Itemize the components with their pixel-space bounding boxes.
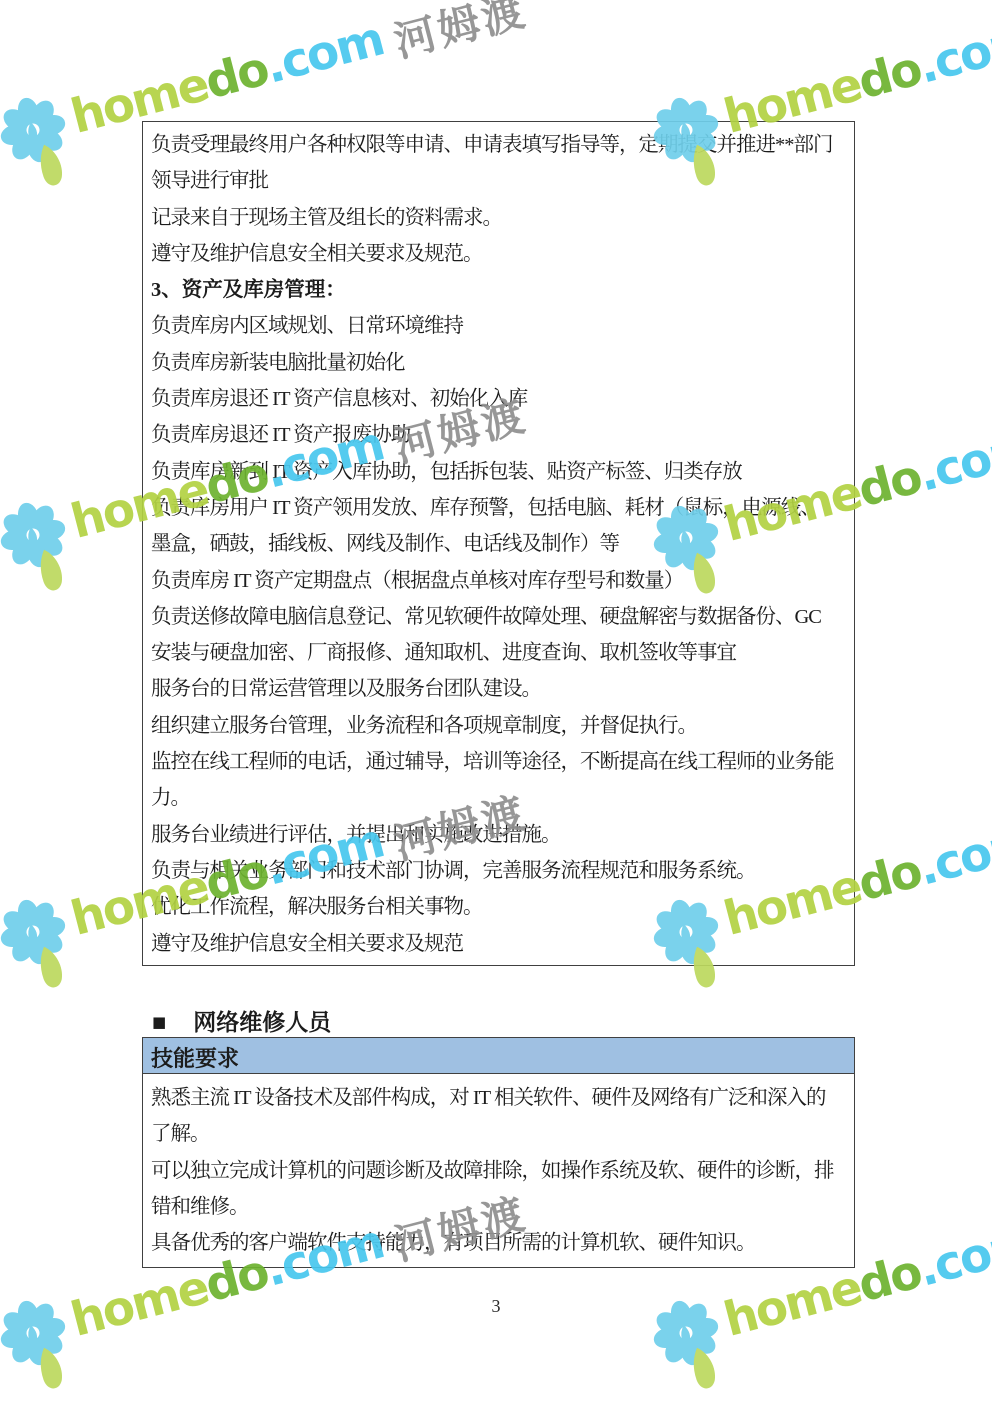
- table-row: 负责受理最终用户各种权限等申请、申请表填写指导等，定期提交并推进**部门: [151, 127, 846, 163]
- table-row: 负责库房退还 IT 资产信息核对、初始化入库: [151, 381, 846, 417]
- table-row-text: 遵守及维护信息安全相关要求及规范: [151, 933, 463, 955]
- table-row: 领导进行审批: [151, 163, 846, 199]
- table-row-text: 负责受理最终用户各种权限等申请、申请表填写指导等，定期提交并推进**部门: [151, 134, 833, 156]
- page-number: 3: [0, 1296, 992, 1317]
- table-row-text: 优化工作流程，解决服务台相关事物。: [151, 896, 483, 918]
- table-row: 记录来自于现场主管及组长的资料需求。: [151, 200, 846, 236]
- table-row: 监控在线工程师的电话，通过辅导，培训等途径，不断提高在线工程师的业务能: [151, 744, 846, 780]
- table-row-text: 安装与硬盘加密、厂商报修、通知取机、进度查询、取机签收等事宜: [151, 642, 736, 664]
- table-row: 安装与硬盘加密、厂商报修、通知取机、进度查询、取机签收等事宜: [151, 635, 846, 671]
- table-row-text: 负责送修故障电脑信息登记、常见软硬件故障处理、硬盘解密与数据备份、GC: [151, 606, 821, 628]
- table-row-text: 错和维修。: [151, 1196, 249, 1218]
- skills-table-header: 技能要求: [143, 1038, 854, 1074]
- table-row-text: 熟悉主流 IT 设备技术及部件构成，对 IT 相关软件、硬件及网络有广泛和深入的: [151, 1087, 825, 1109]
- page-content: 负责受理最终用户各种权限等申请、申请表填写指导等，定期提交并推进**部门领导进行…: [0, 0, 992, 1403]
- document-page: 负责受理最终用户各种权限等申请、申请表填写指导等，定期提交并推进**部门领导进行…: [0, 0, 992, 1403]
- table-row-text: 负责库房新装电脑批量初始化: [151, 352, 405, 374]
- table-row-text: 负责库房内区域规划、日常环境维持: [151, 315, 463, 337]
- table-row-text: 服务台业绩进行评估，并提出和实施改进措施。: [151, 824, 561, 846]
- table-row: 力。: [151, 780, 846, 816]
- table-row: 可以独立完成计算机的问题诊断及故障排除，如操作系统及软、硬件的诊断，排: [151, 1153, 846, 1189]
- table-row: 具备优秀的客户端软件支持能力，有项目所需的计算机软、硬件知识。: [151, 1225, 846, 1261]
- table-row-text: 组织建立服务台管理，业务流程和各项规章制度，并督促执行。: [151, 715, 697, 737]
- table-row-text: 墨盒，硒鼓，插线板、网线及制作、电话线及制作）等: [151, 533, 619, 555]
- skills-table: 技能要求 熟悉主流 IT 设备技术及部件构成，对 IT 相关软件、硬件及网络有广…: [142, 1037, 855, 1268]
- table-row-text: 记录来自于现场主管及组长的资料需求。: [151, 207, 502, 229]
- table-row-text: 遵守及维护信息安全相关要求及规范。: [151, 243, 483, 265]
- table-row: 错和维修。: [151, 1189, 846, 1225]
- table-row: 负责库房退还 IT 资产报废协助: [151, 417, 846, 453]
- table-row: 服务台业绩进行评估，并提出和实施改进措施。: [151, 817, 846, 853]
- table-row: 墨盒，硒鼓，插线板、网线及制作、电话线及制作）等: [151, 526, 846, 562]
- square-bullet-icon: ■: [152, 1013, 166, 1031]
- table-row: 服务台的日常运营管理以及服务台团队建设。: [151, 671, 846, 707]
- table-row: 熟悉主流 IT 设备技术及部件构成，对 IT 相关软件、硬件及网络有广泛和深入的: [151, 1080, 846, 1116]
- section-title-text: 网络维修人员: [193, 1010, 331, 1035]
- skills-table-body: 熟悉主流 IT 设备技术及部件构成，对 IT 相关软件、硬件及网络有广泛和深入的…: [143, 1074, 854, 1267]
- table-row-text: 负责库房 IT 资产定期盘点（根据盘点单核对库存型号和数量）: [151, 570, 683, 592]
- table-row: 负责库房用户 IT 资产领用发放、库存预警，包括电脑、耗材（鼠标，电源线、: [151, 490, 846, 526]
- table-row-text: 负责库房退还 IT 资产信息核对、初始化入库: [151, 388, 527, 410]
- table-row-text: 负责库房用户 IT 资产领用发放、库存预警，包括电脑、耗材（鼠标，电源线、: [151, 497, 820, 519]
- table-row-text: 了解。: [151, 1123, 210, 1145]
- table-row-text: 服务台的日常运营管理以及服务台团队建设。: [151, 678, 541, 700]
- table-row-text: 负责库房退还 IT 资产报废协助: [151, 424, 410, 446]
- table-row-text: 3、资产及库房管理：: [151, 279, 346, 301]
- table-row: 负责送修故障电脑信息登记、常见软硬件故障处理、硬盘解密与数据备份、GC: [151, 599, 846, 635]
- table-row-text: 力。: [151, 787, 190, 809]
- table-row-text: 具备优秀的客户端软件支持能力，有项目所需的计算机软、硬件知识。: [151, 1232, 756, 1254]
- table-row-text: 监控在线工程师的电话，通过辅导，培训等途径，不断提高在线工程师的业务能: [151, 751, 834, 773]
- table-row: 负责库房新到 IT 资产入库协助，包括拆包装、贴资产标签、归类存放: [151, 454, 846, 490]
- table-row: 遵守及维护信息安全相关要求及规范: [151, 926, 846, 962]
- table-row: 遵守及维护信息安全相关要求及规范。: [151, 236, 846, 272]
- duty-table: 负责受理最终用户各种权限等申请、申请表填写指导等，定期提交并推进**部门领导进行…: [142, 121, 855, 966]
- table-row-text: 领导进行审批: [151, 170, 268, 192]
- table-row: 负责与相关业务部门和技术部门协调，完善服务流程规范和服务系统。: [151, 853, 846, 889]
- table-row: 负责库房内区域规划、日常环境维持: [151, 308, 846, 344]
- section-title-network-maintenance: ■网络维修人员: [152, 1004, 331, 1037]
- table-row: 负责库房新装电脑批量初始化: [151, 345, 846, 381]
- table-row-text: 负责库房新到 IT 资产入库协助，包括拆包装、贴资产标签、归类存放: [151, 461, 742, 483]
- table-row: 3、资产及库房管理：: [151, 272, 846, 308]
- table-row-text: 负责与相关业务部门和技术部门协调，完善服务流程规范和服务系统。: [151, 860, 756, 882]
- table-row: 了解。: [151, 1116, 846, 1152]
- table-row: 优化工作流程，解决服务台相关事物。: [151, 889, 846, 925]
- table-row: 负责库房 IT 资产定期盘点（根据盘点单核对库存型号和数量）: [151, 563, 846, 599]
- table-row-text: 可以独立完成计算机的问题诊断及故障排除，如操作系统及软、硬件的诊断，排: [151, 1160, 834, 1182]
- table-row: 组织建立服务台管理，业务流程和各项规章制度，并督促执行。: [151, 708, 846, 744]
